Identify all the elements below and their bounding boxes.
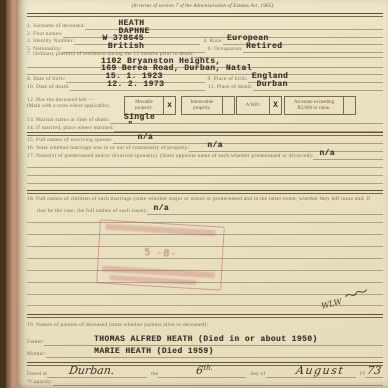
field-value: Durban — [257, 81, 288, 90]
blank-rule — [27, 183, 383, 184]
field-line: MARIE HEATH (Died 1959) — [46, 348, 383, 358]
checkbox-mark — [343, 97, 355, 114]
field-line — [53, 378, 383, 386]
field-line: n/a — [147, 205, 383, 215]
field-line: " — [114, 122, 383, 132]
field-label: 18. Full names of children of each marri… — [27, 196, 383, 203]
form-subtitle: (In terms of section 7 of the Administra… — [18, 3, 388, 9]
field-line: Durban. — [47, 365, 147, 378]
field-married-place: 14. If married, place where married: " — [27, 122, 383, 132]
blank-rule — [27, 222, 383, 223]
field-label: *Capacity: — [27, 379, 53, 386]
checkbox-mark — [222, 97, 234, 114]
handwritten-month: August — [295, 365, 345, 377]
field-value: n/a — [153, 205, 169, 214]
field-father: Father: THOMAS ALFRED HEATH (Died in or … — [27, 336, 383, 346]
field-label: that be the case, the full names of such… — [37, 208, 147, 215]
dated-at-label: Dated at — [27, 371, 47, 378]
day-ordinal: th. — [203, 364, 214, 372]
field-label: 17. Name(s) of predeceased and/or divorc… — [27, 153, 313, 160]
checkbox-label: A Will. — [237, 97, 269, 114]
field-line: THOMAS ALFRED HEATH (Died in or about 19… — [44, 336, 383, 346]
field-parents-label: 19. Names of parents of deceased (state … — [27, 322, 383, 329]
scanned-death-notice-photo: { "page": { "subtitle": "(In terms of se… — [0, 0, 388, 388]
field-line: 73 — [365, 365, 383, 378]
blank-rule — [27, 175, 383, 176]
blank-rule — [27, 167, 383, 168]
field-value: 12. 2. 1973 — [107, 81, 164, 90]
handwritten-year: 73 — [366, 365, 382, 377]
handwritten-place: Durban. — [68, 365, 115, 377]
checkbox-label: Movable property. — [125, 97, 163, 114]
field-label: 10. Date of death: — [27, 84, 70, 91]
checkbox-immovable-property: Immovable property. — [181, 96, 235, 115]
field-line: Durban — [253, 81, 383, 91]
field-line: 6th. — [158, 365, 246, 378]
section-rule — [27, 314, 383, 318]
checkbox-label: Immovable property. — [182, 97, 222, 114]
checkbox-a-will: A Will. X — [236, 96, 282, 115]
dated-row: Dated at Durban. the 6th. day of August … — [27, 364, 383, 378]
field-value: " — [128, 122, 133, 131]
field-value: MARIE HEATH (Died 1959) — [94, 348, 214, 357]
field-value: n/a — [319, 150, 335, 159]
death-notice-form: (In terms of section 7 of the Administra… — [18, 0, 388, 388]
field-death: 10. Date of death: 12. 2. 1973 11. Place… — [27, 81, 383, 91]
field-label: 11. Place of death: — [208, 84, 253, 91]
stamp-illegible-text — [105, 224, 215, 237]
field-line: 12. 2. 1973 — [70, 81, 205, 91]
checkbox-estate-exceeding: An estate exceeding R2,000 in value. — [284, 96, 356, 115]
header-double-rule — [27, 13, 383, 17]
initials-text: WLW — [321, 297, 344, 311]
field-line: n/a — [313, 150, 383, 160]
checkbox-label: An estate exceeding R2,000 in value. — [285, 97, 343, 114]
office-date-stamp: 5 -8- — [96, 219, 225, 290]
field-predeceased-spouses: 17. Name(s) of predeceased and/or divorc… — [27, 150, 383, 160]
section-rule — [27, 190, 383, 194]
field-line: August — [266, 365, 357, 378]
checkbox-mark: X — [269, 97, 281, 114]
field-mother: Mother: MARIE HEATH (Died 1959) — [27, 348, 383, 358]
handwritten-day: 6th. — [196, 365, 214, 377]
field-capacity: *Capacity: — [27, 378, 383, 386]
field-label: Father: — [27, 339, 44, 346]
the-label: the — [151, 371, 158, 378]
handwritten-initials: WLW — [319, 285, 371, 311]
checkbox-row: Movable property. x Immovable property. … — [18, 96, 388, 113]
field-label: Mother: — [27, 351, 46, 358]
checkbox-mark: x — [163, 97, 175, 114]
field-label: 19. Names of parents of deceased (state … — [27, 322, 208, 329]
field-children: 18. Full names of children of each marri… — [27, 196, 383, 215]
day-of-label: day of — [250, 371, 265, 378]
pen-flourish-icon — [342, 285, 370, 303]
field-value: THOMAS ALFRED HEATH (Died in or about 19… — [94, 336, 318, 345]
field-label: 14. If married, place where married: — [27, 125, 114, 132]
stamp-illegible-text — [109, 275, 196, 285]
stamp-date: 5 -8- — [99, 244, 222, 262]
